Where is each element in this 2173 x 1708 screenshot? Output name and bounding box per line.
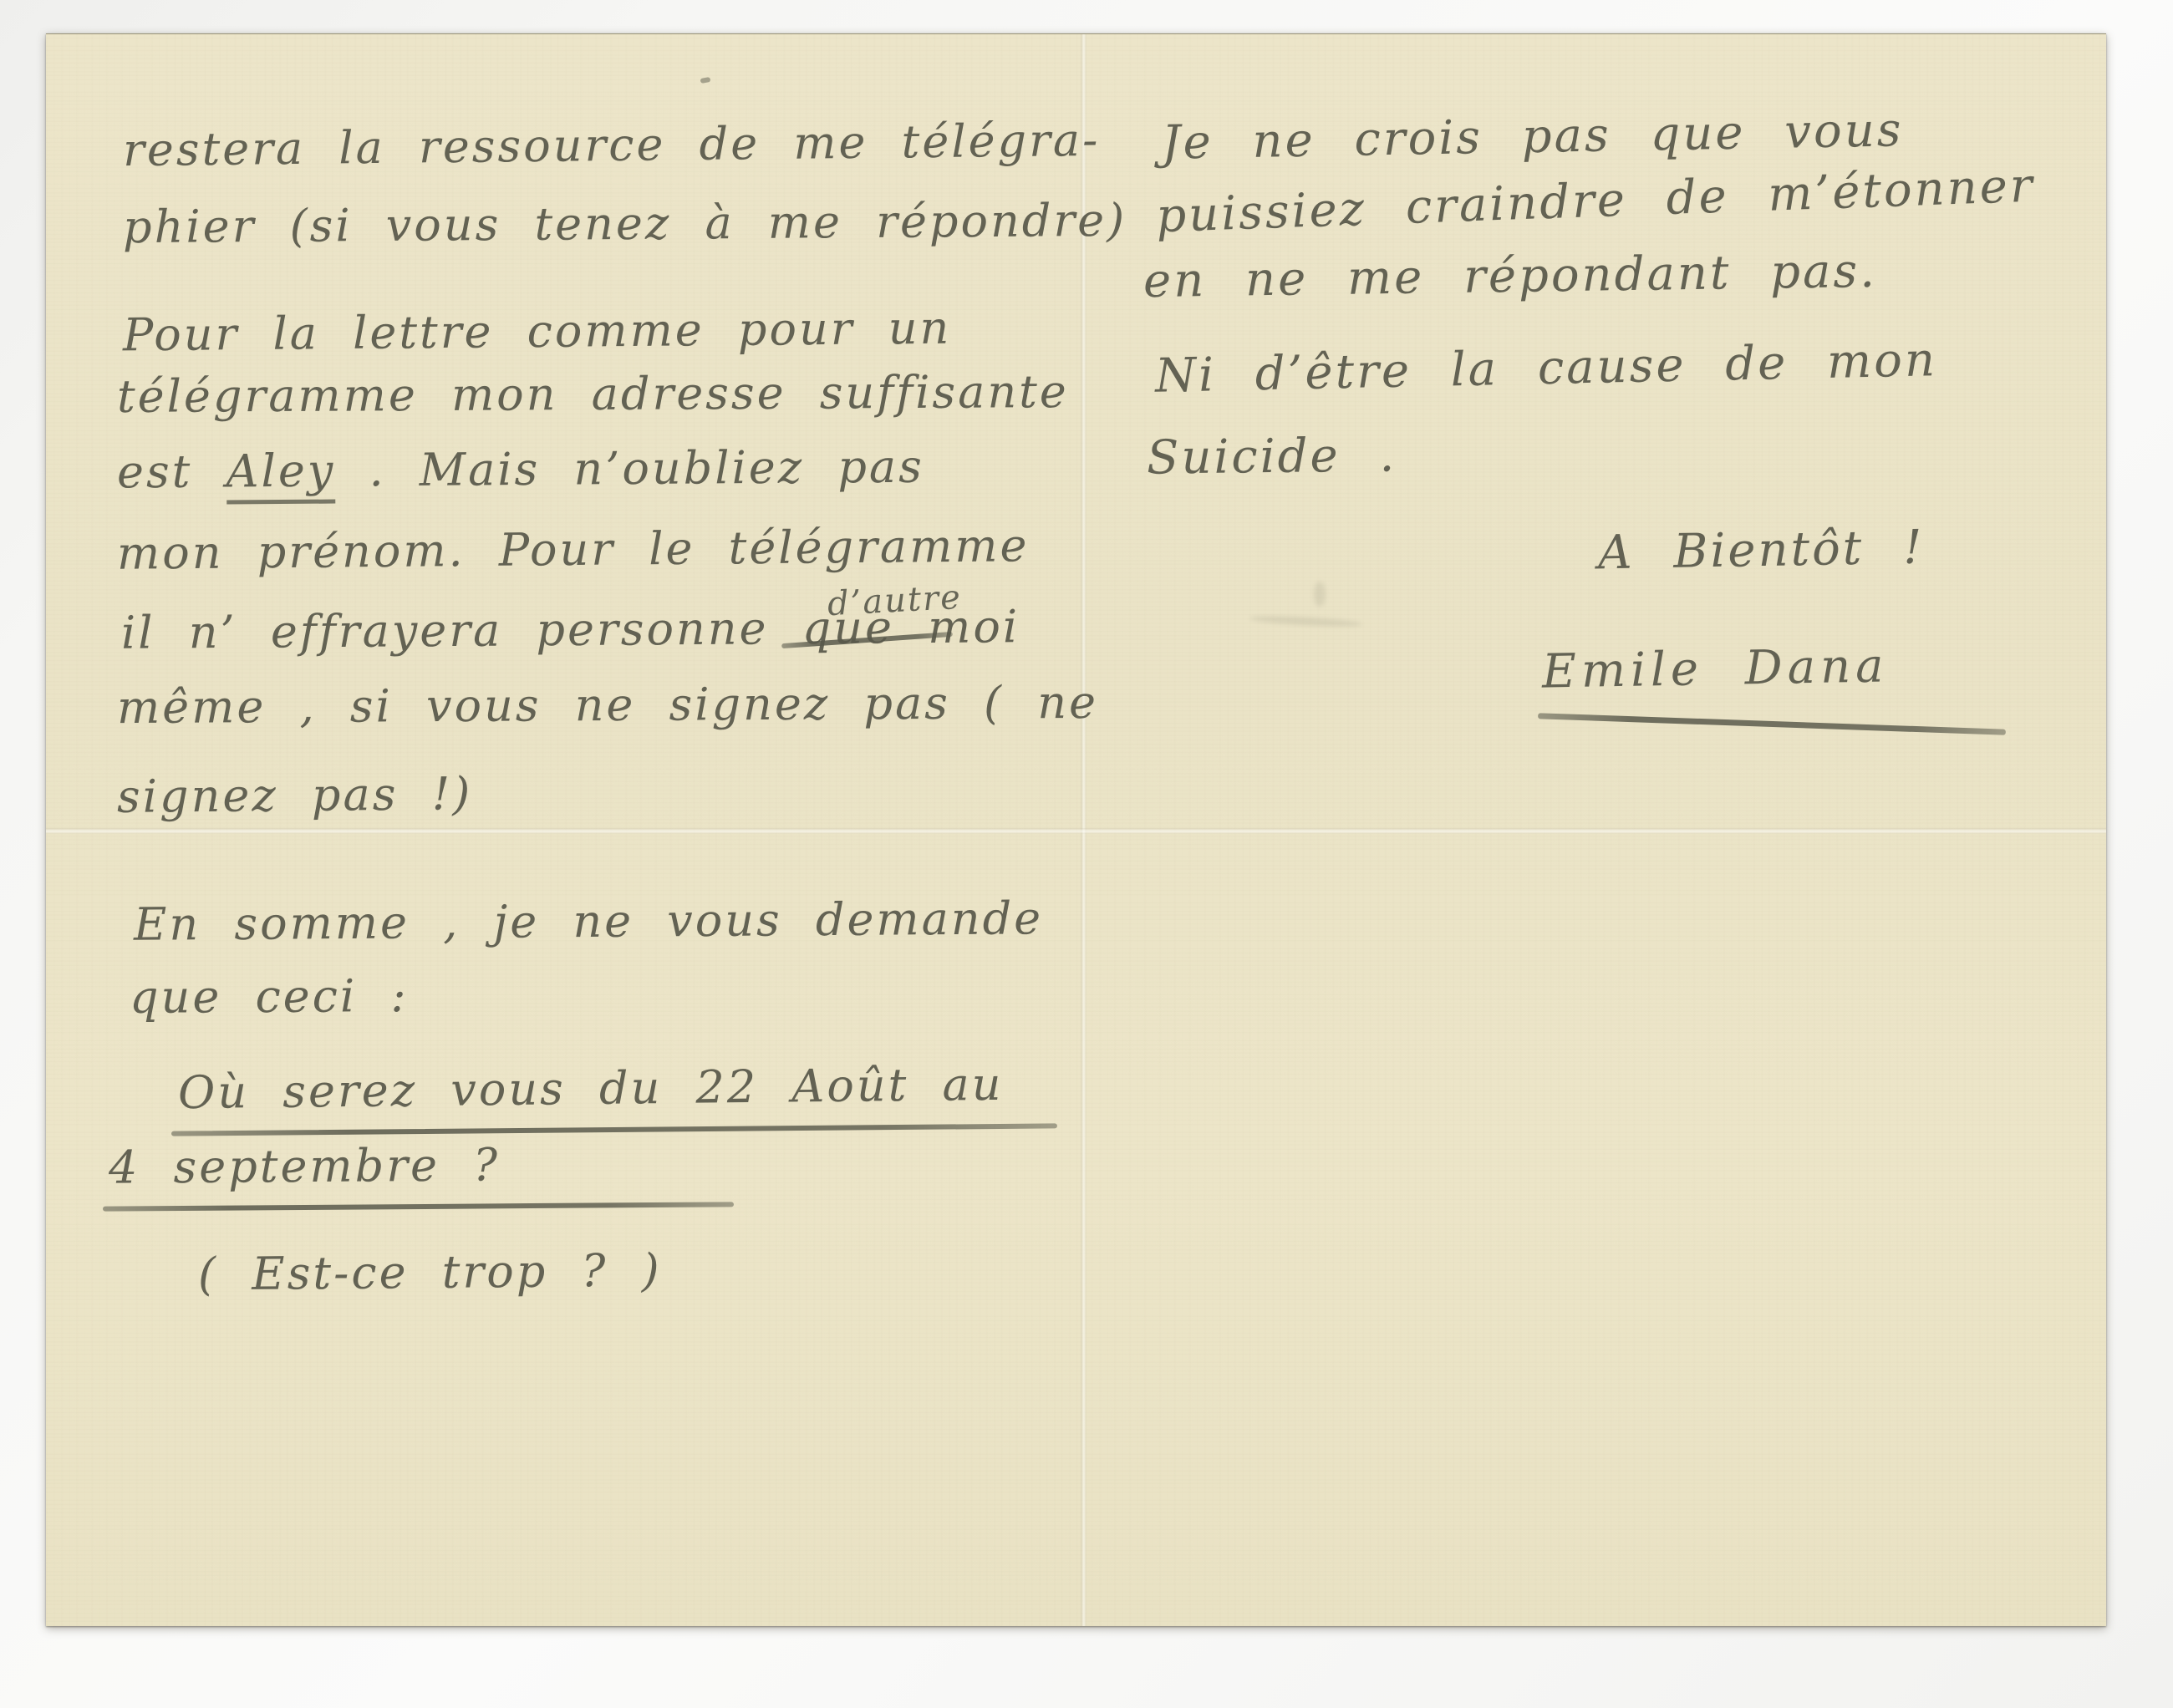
page-right: Je ne crois pas que vous puissiez craind… (46, 34, 2106, 1626)
signature: Emile Dana (1541, 638, 1889, 699)
handwritten-line-r5: Suicide . (1147, 428, 1397, 485)
letter-sheet: restera la ressource de me télégra- phie… (46, 33, 2106, 1626)
closing: A Bientôt ! (1597, 521, 1925, 581)
handwritten-line-r3: en ne me répondant pas. (1143, 244, 1878, 308)
handwritten-line-r4: Ni d’être la cause de mon (1154, 333, 1937, 404)
scan-background: restera la ressource de me télégra- phie… (0, 0, 2173, 1708)
handwritten-line-r1: Je ne crois pas que vous (1162, 103, 1904, 170)
handwritten-line-r2: puissiez craindre de m’étonner (1155, 159, 2035, 244)
signature-underline (1538, 713, 2006, 735)
